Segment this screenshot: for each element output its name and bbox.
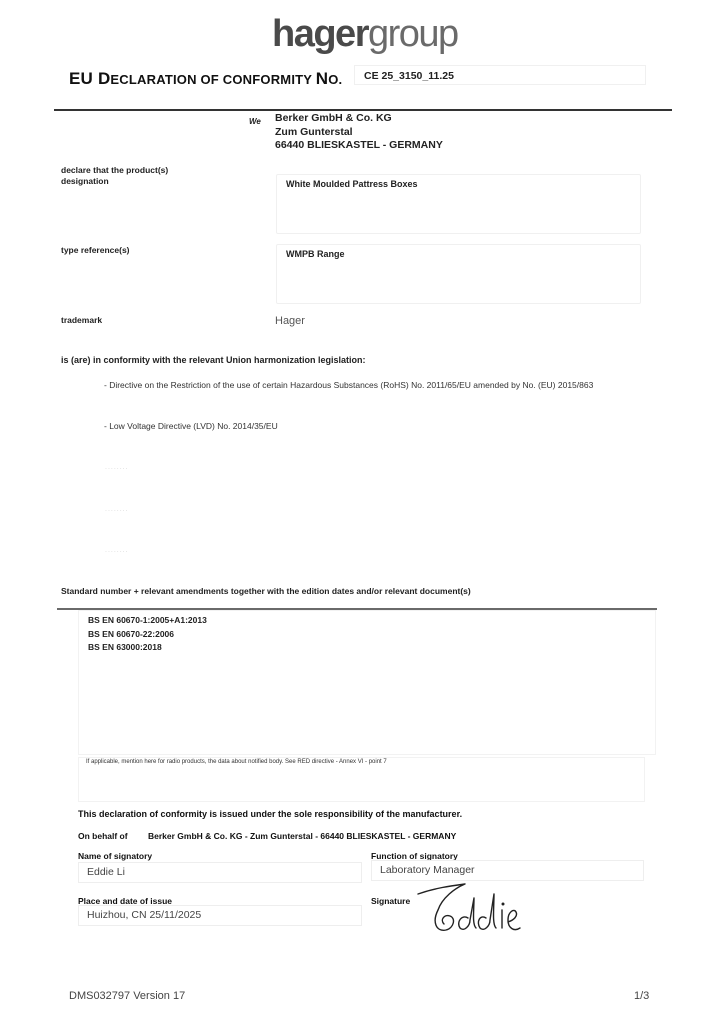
page-title: EU DECLARATION OF CONFORMITY NO. (69, 69, 342, 89)
address-line: Berker GmbH & Co. KG (275, 112, 443, 126)
designation-label: declare that the product(s) designation (61, 165, 168, 187)
type-reference-value: WMPB Range (286, 249, 345, 259)
standard-item: BS EN 60670-1:2005+A1:2013 (88, 614, 207, 628)
standard-item: BS EN 63000:2018 (88, 641, 207, 655)
page-number: 1/3 (634, 990, 649, 1002)
directive-rohs: - Directive on the Restriction of the us… (104, 380, 593, 390)
declaration-number: CE 25_3150_11.25 (364, 70, 454, 82)
trademark-label: trademark (61, 315, 102, 326)
manufacturer-address: Berker GmbH & Co. KG Zum Gunterstal 6644… (275, 112, 443, 153)
directive-placeholder: ........ (105, 506, 129, 513)
address-line: 66440 BLIESKASTEL - GERMANY (275, 139, 443, 153)
sole-responsibility-statement: This declaration of conformity is issued… (78, 809, 462, 819)
notified-body-note: If applicable, mention here for radio pr… (86, 759, 387, 765)
address-line: Zum Gunterstal (275, 126, 443, 140)
directive-placeholder: ........ (105, 464, 129, 471)
type-reference-label: type reference(s) (61, 245, 130, 256)
signatory-name-value: Eddie Li (87, 866, 125, 878)
signature-label: Signature (371, 896, 410, 906)
we-label: We (249, 117, 261, 126)
designation-field: White Moulded Pattress Boxes (276, 174, 641, 234)
on-behalf-value: Berker GmbH & Co. KG - Zum Gunterstal - … (148, 831, 456, 841)
type-reference-field: WMPB Range (276, 244, 641, 304)
signatory-function-value: Laboratory Manager (380, 864, 475, 876)
legislation-heading: is (are) in conformity with the relevant… (61, 355, 366, 365)
signature-image: Eddie (410, 880, 530, 940)
logo-light: group (368, 13, 458, 55)
header-divider (54, 109, 672, 111)
signatory-name-label: Name of signatory (78, 851, 152, 861)
standard-item: BS EN 60670-22:2006 (88, 628, 207, 642)
hagergroup-logo: hagergroup (272, 12, 458, 56)
logo-bold: hager (272, 13, 368, 55)
on-behalf-label: On behalf of (78, 831, 128, 841)
designation-value: White Moulded Pattress Boxes (286, 179, 418, 189)
directive-lvd: - Low Voltage Directive (LVD) No. 2014/3… (104, 421, 278, 431)
standards-list: BS EN 60670-1:2005+A1:2013 BS EN 60670-2… (88, 614, 207, 655)
directive-placeholder: ........ (105, 547, 129, 554)
document-version: DMS032797 Version 17 (69, 990, 185, 1002)
standards-heading: Standard number + relevant amendments to… (61, 586, 471, 596)
trademark-value: Hager (275, 315, 305, 327)
place-date-value: Huizhou, CN 25/11/2025 (87, 909, 201, 921)
